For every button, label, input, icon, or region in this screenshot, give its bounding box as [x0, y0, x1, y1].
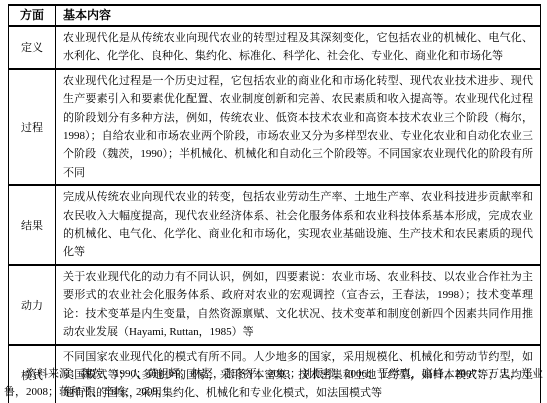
row-content-definition: 农业现代化是从传统农业向现代农业的转型过程及其深刻变化，它包括农业的机械化、电气… [56, 26, 541, 69]
table-row-process: 过程 农业现代化过程是一个历史过程，它包括农业的商业化和市场化转型、现代农业技术… [9, 69, 541, 185]
row-label-driving-force: 动力 [9, 265, 56, 345]
row-label-process: 过程 [9, 69, 56, 185]
table-row-result: 结果 完成从传统农业向现代农业的转变，包括农业劳动生产率、土地生产率、农业科技进… [9, 185, 541, 265]
row-content-result: 完成从传统农业向现代农业的转变，包括农业劳动生产率、土地生产率、农业科技进步贡献… [56, 185, 541, 265]
table-header-row: 方面 基本内容 [9, 5, 541, 26]
table-row-driving-force: 动力 关于农业现代化的动力有不同认识，例如，四要素说：农业市场、农业科技、以农业… [9, 265, 541, 345]
row-label-result: 结果 [9, 185, 56, 265]
row-content-process: 农业现代化过程是一个历史过程，它包括农业的商业化和市场化转型、现代农业技术进步、… [56, 69, 541, 185]
row-content-driving-force: 关于农业现代化的动力有不同认识，例如，四要素说：农业市场、农业科技、以农业合作社… [56, 265, 541, 345]
row-label-definition: 定义 [9, 26, 56, 69]
table-row-definition: 定义 农业现代化是从传统农业向现代农业的转型过程及其深刻变化，它包括农业的机械化… [9, 26, 541, 69]
column-header-aspect: 方面 [9, 5, 56, 26]
document-page: 方面 基本内容 定义 农业现代化是从传统农业向现代农业的转型过程及其深刻变化，它… [0, 0, 547, 403]
column-header-content: 基本内容 [56, 5, 541, 26]
agricultural-modernization-table: 方面 基本内容 定义 农业现代化是从传统农业向现代农业的转型过程及其深刻变化，它… [8, 4, 541, 403]
source-note: 资料来源：魏茨，1990；黄祖辉，林坚，张冬平，2003；刘振邦，2006；王学… [4, 366, 545, 401]
